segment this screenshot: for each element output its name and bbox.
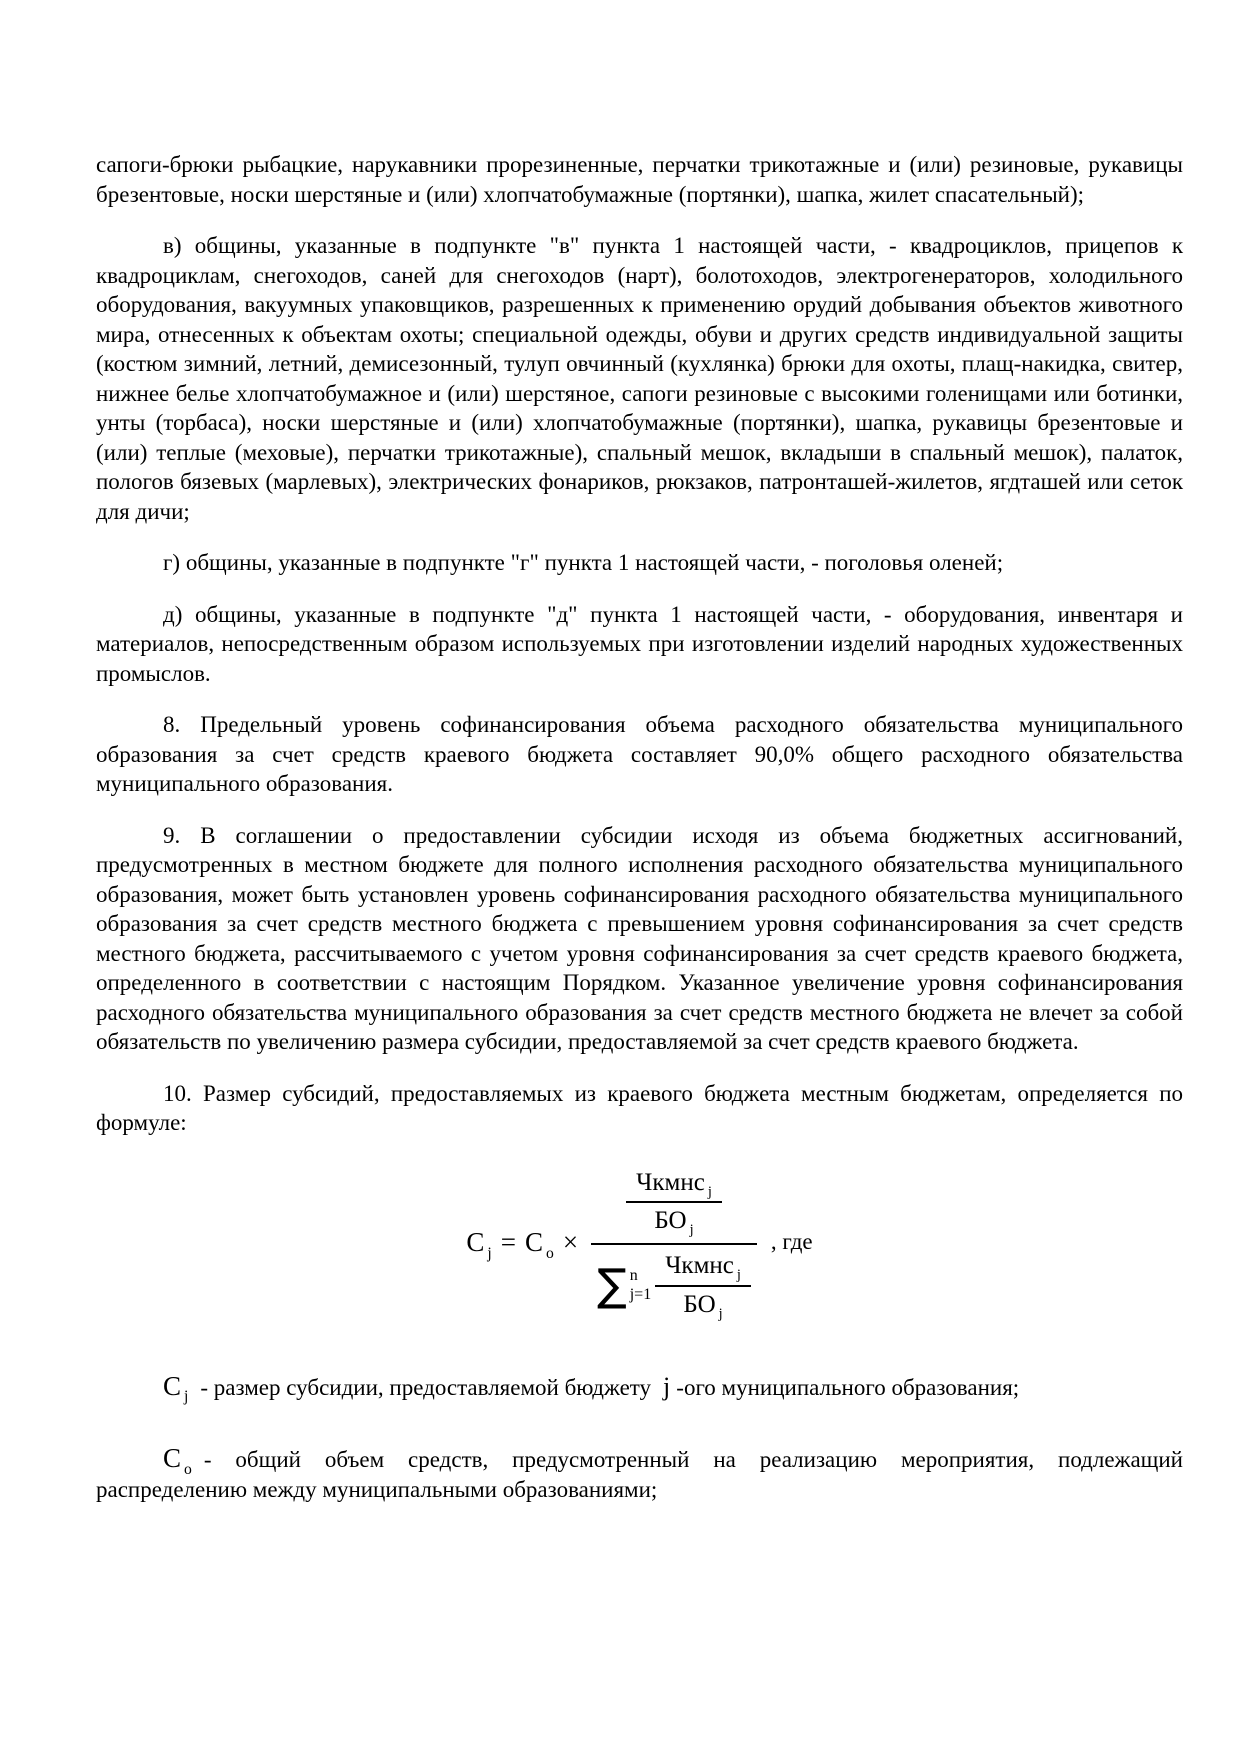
paragraph: 10. Размер субсидий, предоставляемых из … — [96, 1079, 1183, 1138]
numerator-fraction-top: Чкмнсj — [626, 1169, 722, 1202]
denominator-fraction-bottom: БОj — [655, 1285, 751, 1320]
definition-cj-text-before: - размер субсидии, предоставляемой бюдже… — [200, 1375, 651, 1400]
formula-lhs-subscript: j — [487, 1245, 491, 1262]
summation-limits: n j=1 — [630, 1267, 651, 1304]
bo-symbol: БО — [654, 1207, 686, 1234]
document-page: сапоги-брюки рыбацкие, нарукавники проре… — [0, 0, 1240, 1754]
summation-lower-limit: j=1 — [630, 1286, 651, 1304]
main-numerator: Чкмнсj БОj — [616, 1166, 732, 1244]
denominator-fraction: Чкмнсj БОj — [655, 1252, 751, 1320]
definition-co-text: - общий объем средств, предусмотренный н… — [96, 1447, 1183, 1502]
bo-symbol: БО — [683, 1291, 715, 1318]
document-body: сапоги-брюки рыбацкие, нарукавники проре… — [96, 150, 1183, 1138]
chkmns-symbol: Чкмнс — [636, 1169, 705, 1196]
main-fraction: Чкмнсj БОj ∑ n j=1 Чкмнсj БОj — [591, 1166, 757, 1320]
formula-coefficient-subscript: о — [546, 1245, 554, 1262]
formula-tail: , где — [771, 1229, 813, 1255]
subsidy-formula: Сj = Со × Чкмнсj БОj ∑ n j=1 — [466, 1166, 812, 1320]
summation-symbol: ∑ n j=1 — [597, 1265, 651, 1307]
numerator-fraction-bottom: БОj — [626, 1201, 722, 1236]
definition-cj-text-after: -ого муниципального образования; — [676, 1375, 1019, 1400]
co-subscript: о — [184, 1461, 192, 1478]
formula-block: Сj = Со × Чкмнсj БОj ∑ n j=1 — [96, 1166, 1183, 1320]
paragraph: в) общины, указанные в подпункте "в" пун… — [96, 231, 1183, 526]
paragraph: 8. Предельный уровень софинансирования о… — [96, 710, 1183, 799]
paragraph: сапоги-брюки рыбацкие, нарукавники проре… — [96, 150, 1183, 209]
sigma-glyph: ∑ — [597, 1265, 627, 1307]
formula-lhs-symbol: Сj — [466, 1227, 491, 1258]
main-denominator: ∑ n j=1 Чкмнсj БОj — [591, 1243, 757, 1320]
bo-subscript: j — [690, 1222, 694, 1238]
formula-coefficient-symbol: Со — [525, 1227, 554, 1258]
chkmns-symbol: Чкмнс — [665, 1252, 734, 1279]
co-base: С — [163, 1443, 181, 1473]
chkmns-subscript: j — [708, 1184, 712, 1200]
cj-symbol: Сj — [163, 1371, 188, 1401]
summation-upper-limit: n — [630, 1267, 638, 1285]
formula-coefficient-base: С — [525, 1227, 543, 1257]
cj-base: С — [163, 1371, 181, 1401]
chkmns-subscript: j — [737, 1267, 741, 1283]
paragraph: 9. В соглашении о предоставлении субсиди… — [96, 821, 1183, 1057]
numerator-fraction: Чкмнсj БОj — [626, 1169, 722, 1237]
multiplication-sign: × — [563, 1227, 578, 1258]
paragraph: д) общины, указанные в подпункте "д" пун… — [96, 600, 1183, 689]
definition-cj: Сj- размер субсидии, предоставляемой бюд… — [96, 1372, 1183, 1403]
cj-subscript: j — [184, 1388, 188, 1405]
bo-subscript: j — [719, 1306, 723, 1322]
denominator-fraction-top: Чкмнсj — [655, 1252, 751, 1285]
paragraph: г) общины, указанные в подпункте "г" пун… — [96, 548, 1183, 578]
co-symbol: Со — [163, 1443, 192, 1473]
definition-co: Со- общий объем средств, предусмотренный… — [96, 1444, 1183, 1504]
equals-sign: = — [501, 1227, 516, 1258]
formula-lhs-base: С — [466, 1227, 484, 1257]
j-variable: j — [663, 1372, 670, 1401]
